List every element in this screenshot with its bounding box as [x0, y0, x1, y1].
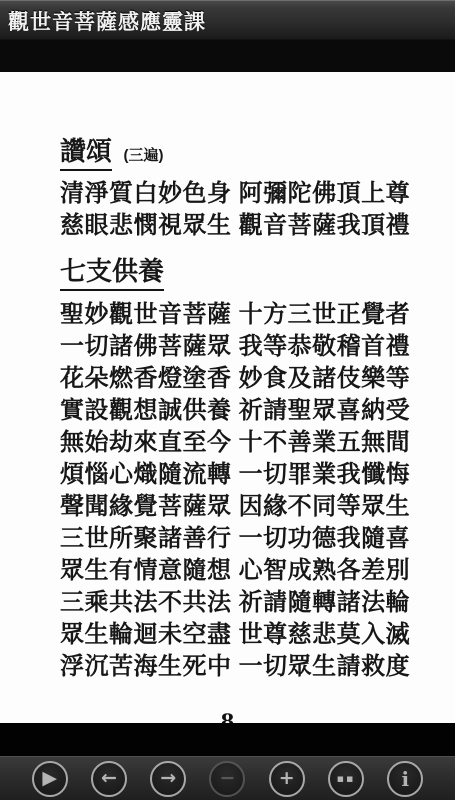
section-heading-note: (三遍) [123, 147, 163, 164]
page-number: 8 [30, 709, 425, 723]
thumbnails-icon: ▪▪ [337, 773, 356, 784]
document-page[interactable]: 讚頌 (三遍) 清淨質白妙色身 阿彌陀佛頂上尊 慈眼悲憫視眾生 觀音菩薩我頂禮 … [0, 72, 455, 723]
section-heading: 讚頌 [60, 136, 112, 171]
verse-line: 無始劫來直至今 十不善業五無間 [60, 427, 425, 459]
verse-line: 慈眼悲憫視眾生 觀音菩薩我頂禮 [60, 210, 425, 242]
section-heading-row: 讚頌 (三遍) [60, 136, 425, 171]
bottom-toolbar: ▶ ← → − + ▪▪ i [0, 756, 455, 800]
verse-line: 浮沉苦海生死中 一切眾生請救度 [60, 651, 425, 683]
section-praise: 讚頌 (三遍) 清淨質白妙色身 阿彌陀佛頂上尊 慈眼悲憫視眾生 觀音菩薩我頂禮 [60, 136, 425, 242]
verse-line: 聖妙觀世音菩薩 十方三世正覺者 [60, 299, 425, 331]
arrow-right-icon: → [160, 769, 176, 788]
section-heading-row: 七支供養 [60, 256, 425, 291]
zoom-out-button[interactable]: − [209, 761, 245, 797]
app-title: 觀世音菩薩感應靈課 [8, 6, 206, 36]
app-screen: 觀世音菩薩感應靈課 讚頌 (三遍) 清淨質白妙色身 阿彌陀佛頂上尊 慈眼悲憫視眾… [0, 0, 455, 800]
play-button[interactable]: ▶ [32, 761, 68, 797]
verse-line: 三世所聚諸善行 一切功德我隨喜 [60, 523, 425, 555]
arrow-left-icon: ← [101, 769, 117, 788]
verse-line: 實設觀想誠供養 祈請聖眾喜納受 [60, 395, 425, 427]
verse-line: 一切諸佛菩薩眾 我等恭敬稽首禮 [60, 331, 425, 363]
thumbnails-button[interactable]: ▪▪ [328, 761, 364, 797]
verse-line: 清淨質白妙色身 阿彌陀佛頂上尊 [60, 178, 425, 210]
prev-page-button[interactable]: ← [91, 761, 127, 797]
verse-line: 眾生有情意隨想 心智成熟各差別 [60, 555, 425, 587]
page-margin-top [0, 40, 455, 72]
plus-icon: + [279, 769, 295, 788]
zoom-in-button[interactable]: + [269, 761, 305, 797]
minus-icon: − [220, 769, 236, 788]
info-button[interactable]: i [387, 761, 423, 797]
next-page-button[interactable]: → [150, 761, 186, 797]
page-margin-bottom [0, 723, 455, 756]
play-icon: ▶ [42, 769, 57, 788]
verse-line: 眾生輪迴未空盡 世尊慈悲莫入滅 [60, 619, 425, 651]
verse-line: 煩惱心熾隨流轉 一切罪業我懺悔 [60, 459, 425, 491]
info-icon: i [402, 769, 410, 789]
section-seven-offerings: 七支供養 聖妙觀世音菩薩 十方三世正覺者 一切諸佛菩薩眾 我等恭敬稽首禮 花朵燃… [60, 256, 425, 683]
section-heading: 七支供養 [60, 256, 164, 291]
verse-line: 三乘共法不共法 祈請隨轉諸法輪 [60, 587, 425, 619]
verse-line: 花朵燃香燈塗香 妙食及諸伎樂等 [60, 363, 425, 395]
verse-line: 聲聞緣覺菩薩眾 因緣不同等眾生 [60, 491, 425, 523]
title-bar: 觀世音菩薩感應靈課 [0, 0, 455, 40]
